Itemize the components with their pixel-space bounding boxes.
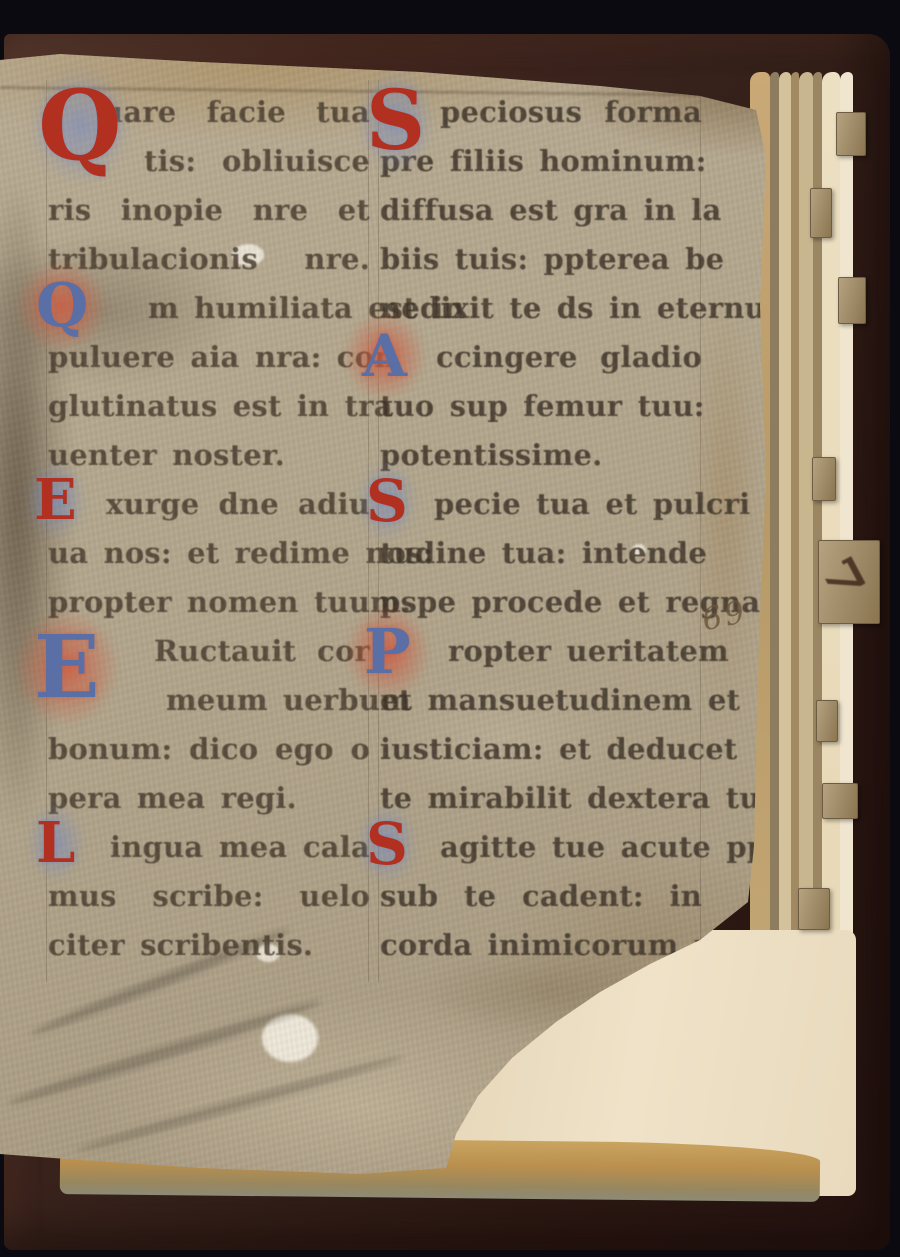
decorated-initial-Q: Q: [36, 276, 88, 336]
text-line: te mirabilit dextera tua.: [380, 774, 702, 823]
index-tab-marked: 7: [818, 540, 880, 624]
text-line: pecie tua et pulcri: [380, 480, 702, 529]
text-line: mus scribe: uelo: [48, 872, 370, 921]
decorated-initial-P: P: [364, 621, 411, 683]
psalm-verse: E Ructauit cor meum uerbum bonum: dico e…: [48, 627, 370, 823]
decorated-initial-E: E: [34, 625, 100, 711]
text-line: xurge dne adiu: [48, 480, 370, 529]
index-tab: [810, 188, 832, 238]
index-tab: [798, 888, 830, 930]
index-tab: [812, 457, 836, 501]
decorated-initial-L: L: [36, 815, 75, 871]
text-line: biis tuis: ppterea be: [380, 235, 702, 284]
psalm-verse: P ropter ueritatem et mansuetudinem et i…: [380, 627, 702, 823]
text-line: nedixit te ds in eternu.: [380, 284, 702, 333]
text-line: iusticiam: et deducet: [380, 725, 702, 774]
text-line: ris inopie nre et: [48, 186, 370, 235]
text-line: et mansuetudinem et: [380, 676, 702, 725]
paint-loss-spot: [262, 1014, 318, 1062]
text-line: ccingere gladio: [380, 333, 702, 382]
psalm-verse: A ccingere gladio tuo sup femur tuu: pot…: [380, 333, 702, 480]
psalm-verse: L ingua mea cala mus scribe: uelo citer …: [48, 823, 370, 970]
text-line: glutinatus est in tra: [48, 382, 370, 431]
smudge-streak: [6, 995, 324, 1109]
decorated-initial-S: S: [366, 472, 408, 530]
text-column-left: Q uare facie tua tis: obliuisce ris inop…: [48, 88, 370, 970]
text-line: diffusa est gra in la: [380, 186, 702, 235]
text-line: potentissime.: [380, 431, 702, 480]
decorated-initial-E: E: [34, 472, 77, 528]
text-line: tudine tua: intende: [380, 529, 702, 578]
text-line: ua nos: et redime nos:: [48, 529, 370, 578]
index-tab: [836, 112, 866, 156]
text-line: tuo sup femur tuu:: [380, 382, 702, 431]
text-line: ingua mea cala: [48, 823, 370, 872]
text-line: agitte tue acute ppli.: [380, 823, 702, 872]
text-column-right: S peciosus forma pre filiis hominum: dif…: [380, 88, 702, 970]
text-line: bonum: dico ego o: [48, 725, 370, 774]
decorated-initial-Q: Q: [38, 78, 122, 174]
text-line: pspe procede et regna.: [380, 578, 702, 627]
text-line: sub te cadent: in: [380, 872, 702, 921]
decorated-initial-S: S: [366, 815, 408, 873]
smudge-streak: [75, 1051, 405, 1155]
manuscript-photo: 7 Q uare facie tua tis: obliuisce ris in…: [0, 0, 900, 1257]
index-tab: [816, 700, 838, 742]
decorated-initial-A: A: [362, 327, 407, 385]
tab-ink-mark: 7: [810, 548, 876, 609]
text-line: citer scribentis.: [48, 921, 370, 970]
psalm-verse: S peciosus forma pre filiis hominum: dif…: [380, 88, 702, 333]
psalm-verse: S agitte tue acute ppli. sub te cadent: …: [380, 823, 702, 970]
index-tab: [838, 277, 866, 324]
index-tab: [822, 783, 858, 819]
decorated-initial-S: S: [366, 80, 425, 162]
text-line: pera mea regi.: [48, 774, 370, 823]
psalm-verse: E xurge dne adiu ua nos: et redime nos: …: [48, 480, 370, 627]
text-line: uenter noster.: [48, 431, 370, 480]
psalm-verse: S pecie tua et pulcri tudine tua: intend…: [380, 480, 702, 627]
psalm-verse: Q uare facie tua tis: obliuisce ris inop…: [48, 88, 370, 284]
psalm-verse: Q m humiliata est in puluere aia nra: co…: [48, 284, 370, 480]
